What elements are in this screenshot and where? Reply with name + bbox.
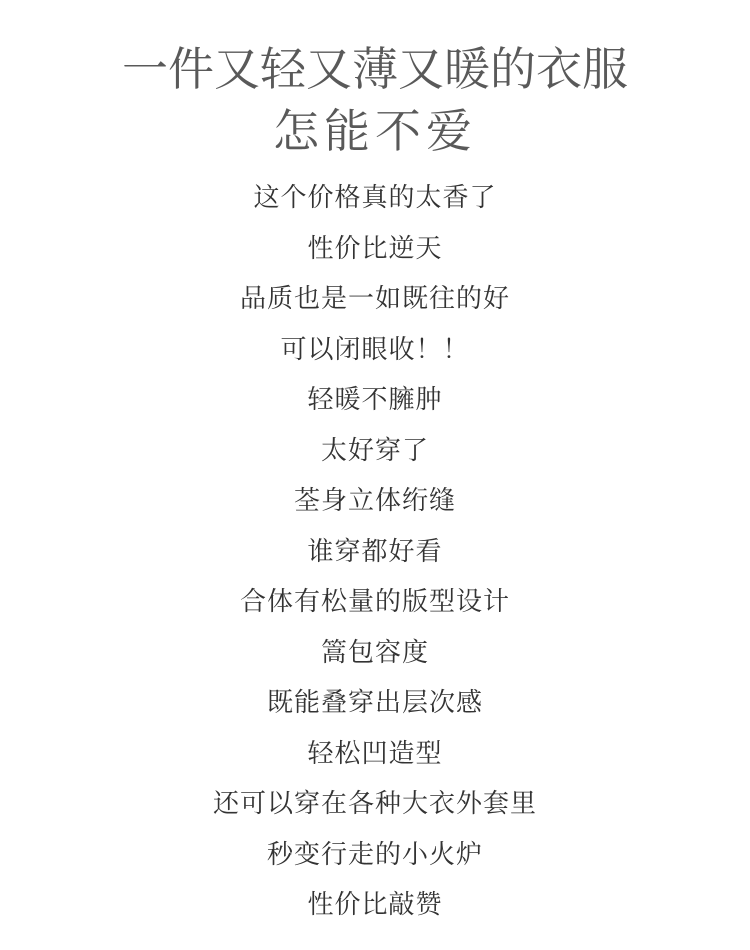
copy-line: 这个价格真的太香了 — [0, 172, 750, 223]
copy-line: 荃身立体绗缝 — [0, 475, 750, 526]
copy-line: 轻暖不臃肿 — [0, 374, 750, 425]
copy-line: 可以闭眼收！！ — [0, 324, 750, 375]
copy-line: 太好穿了 — [0, 425, 750, 476]
copy-line: 篙包容度 — [0, 627, 750, 678]
copy-line: 轻松凹造型 — [0, 728, 750, 779]
copy-line: 合体有松量的版型设计 — [0, 576, 750, 627]
page-title-line1: 一件又轻又薄又暖的衣服 — [0, 38, 750, 100]
copy-line: 谁穿都好看 — [0, 526, 750, 577]
copy-line: 品质也是一如既往的好 — [0, 273, 750, 324]
page-title: 一件又轻又薄又暖的衣服 怎能不爱 — [0, 0, 750, 162]
copy-line: 性价比逆天 — [0, 223, 750, 274]
copy-lines: 这个价格真的太香了性价比逆天品质也是一如既往的好可以闭眼收！！轻暖不臃肿太好穿了… — [0, 172, 750, 930]
copy-line: 既能叠穿出层次感 — [0, 677, 750, 728]
copy-line: 秒变行走的小火炉 — [0, 829, 750, 880]
copy-line: 性价比敲赞 — [0, 879, 750, 930]
copy-line: 还可以穿在各种大衣外套里 — [0, 778, 750, 829]
product-copy-page: 一件又轻又薄又暖的衣服 怎能不爱 这个价格真的太香了性价比逆天品质也是一如既往的… — [0, 0, 750, 950]
page-title-line2: 怎能不爱 — [0, 100, 750, 162]
